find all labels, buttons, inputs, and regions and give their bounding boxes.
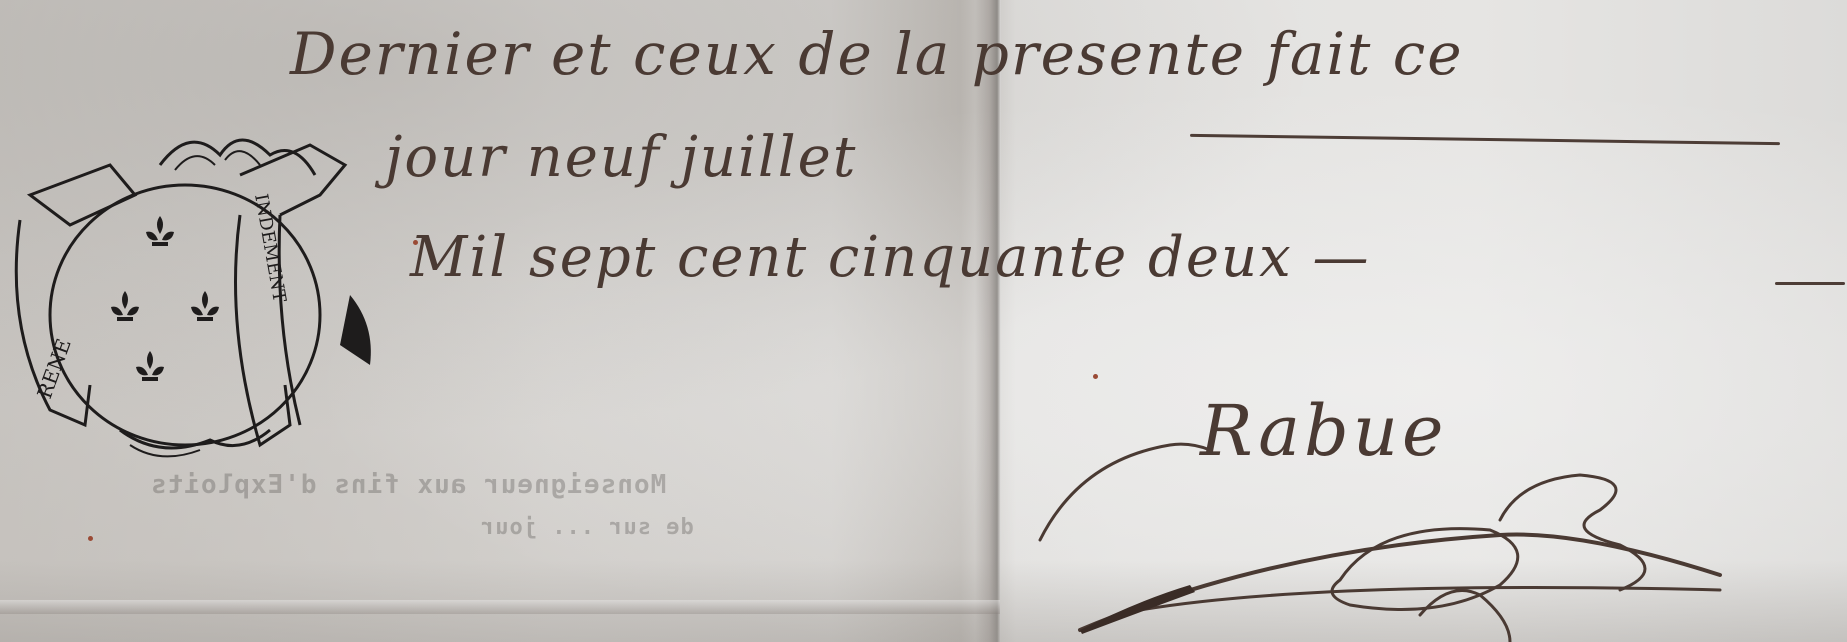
paper-stain: [1093, 374, 1098, 379]
paper-stain: [88, 536, 93, 541]
document-photo: Monseigneur aux fins d'Exploits de sur .…: [0, 0, 1847, 642]
paper-stain: [413, 240, 418, 245]
bleed-through-text-1: Monseigneur aux fins d'Exploits: [150, 470, 666, 500]
fleur-de-lis-crest-icon: RENE INDEMENT: [10, 125, 390, 470]
svg-text:RENE: RENE: [32, 335, 76, 401]
vertical-fold-crease: [975, 0, 1001, 642]
signature-flourish-icon: [1020, 380, 1740, 642]
manuscript-line-1: Dernier et ceux de la presente fait ce: [290, 20, 1464, 88]
manuscript-line-3: Mil sept cent cinquante deux —: [410, 225, 1370, 290]
bleed-through-text-2: de sur ... jour: [480, 515, 694, 540]
svg-text:INDEMENT: INDEMENT: [250, 192, 290, 304]
line-end-dash: [1775, 282, 1845, 285]
line-fill-rule: [1190, 134, 1780, 145]
manuscript-line-2: jour neuf juillet: [385, 125, 857, 190]
